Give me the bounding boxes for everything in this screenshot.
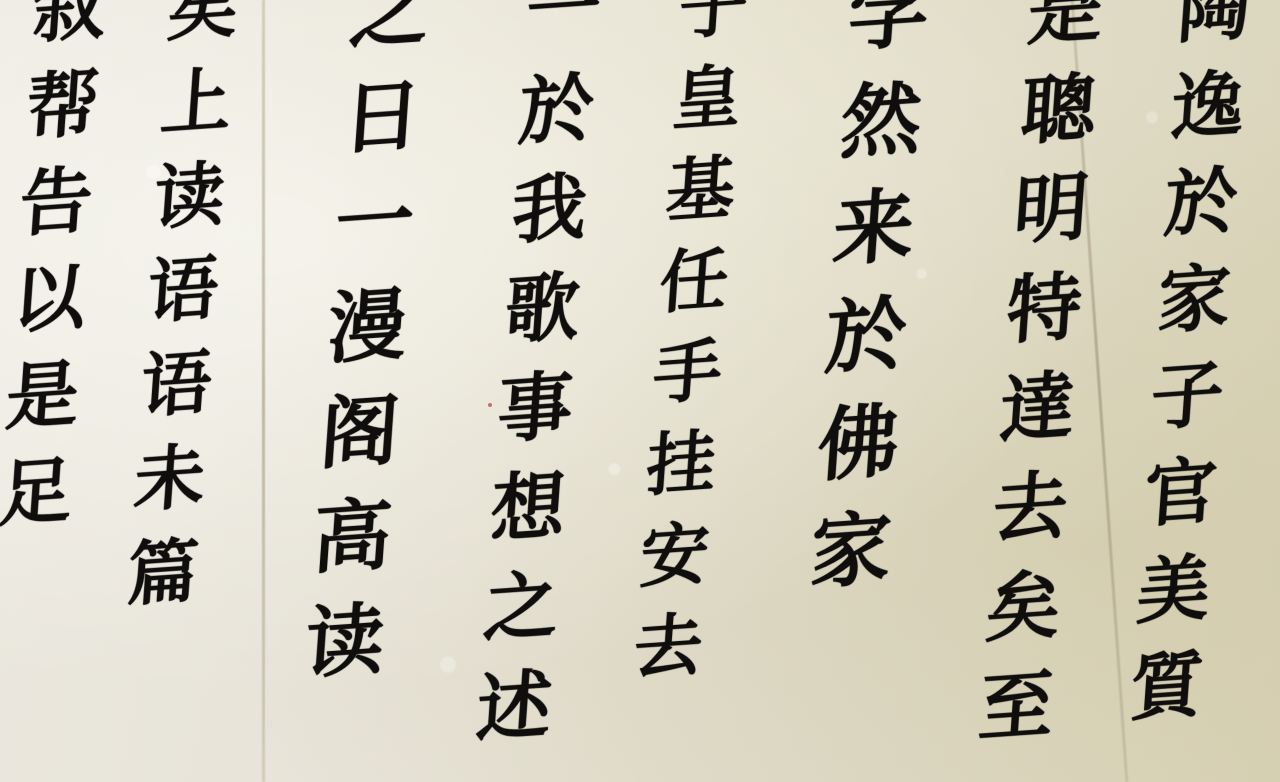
calligraphy-column-8: 陶 逸 於 家 子 官 美 質 xyxy=(1146,0,1224,721)
column-text: 陶 逸 於 家 子 官 美 質 xyxy=(1119,0,1250,723)
column-text: 子 皇 基 任 手 挂 安 去 xyxy=(623,0,747,681)
column-text: 是 聰 明 特 達 去 矣 至 xyxy=(967,0,1102,744)
calligraphy-column-6: 学 然 来 於 佛 家 xyxy=(820,0,906,589)
calligraphy-column-3: 之 日 一 漫 阁 高 读 xyxy=(318,0,402,679)
column-text: 叙 帮 告 以 是 足 xyxy=(0,0,106,529)
calligraphy-photo: 叙 帮 告 以 是 足 矣 上 读 语 语 未 篇 之 日 一 漫 阁 高 读 … xyxy=(0,0,1280,782)
column-text: 一 於 我 歌 事 想 之 述 xyxy=(465,0,600,744)
calligraphy-column-2: 矣 上 读 语 语 未 篇 xyxy=(140,0,216,606)
calligraphy-column-4: 一 於 我 歌 事 想 之 述 xyxy=(492,0,572,742)
calligraphy-column-5: 子 皇 基 任 手 挂 安 去 xyxy=(648,0,721,680)
calligraphy-column-1: 叙 帮 告 以 是 足 xyxy=(8,0,86,527)
paper-seam xyxy=(262,0,265,782)
column-text: 矣 上 读 语 语 未 篇 xyxy=(117,0,238,608)
column-text: 学 然 来 於 佛 家 xyxy=(798,0,929,592)
column-text: 之 日 一 漫 阁 高 读 xyxy=(293,0,428,681)
calligraphy-column-7: 是 聰 明 特 達 去 矣 至 xyxy=(994,0,1074,742)
